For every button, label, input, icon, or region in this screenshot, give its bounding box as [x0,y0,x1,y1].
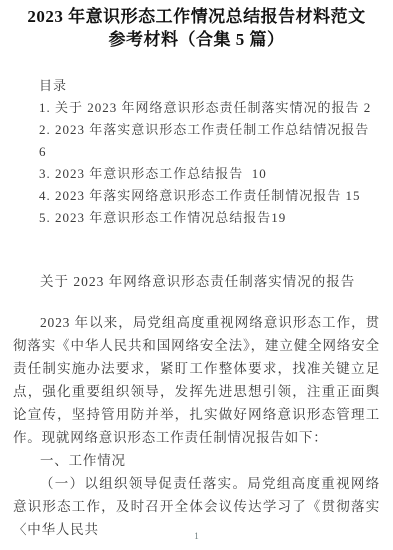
page-footer: 1 [0,526,393,544]
document-title: 2023 年意识形态工作情况总结报告材料范文 参考材料（合集 5 篇） [0,0,393,51]
toc-item-3: 3. 2023 年意识形态工作总结报告 10 [39,163,380,185]
toc-item-1: 1. 关于 2023 年网络意识形态责任制落实情况的报告 2 [39,97,380,119]
document-title-line-1: 2023 年意识形态工作情况总结报告材料范文 [0,5,393,28]
document-title-line-2: 参考材料（合集 5 篇） [0,28,393,51]
document-body: 2023 年以来，局党组高度重视网络意识形态工作，贯彻落实《中华人民共和国网络安… [13,311,380,541]
section-heading: 关于 2023 年网络意识形态责任制落实情况的报告 [13,270,380,293]
toc-item-2: 2. 2023 年落实意识形态工作责任制工作总结情况报告 6 [39,119,380,163]
page-number: 1 [194,531,199,541]
paragraph-subheading: 一、工作情况 [13,449,380,472]
table-of-contents: 目录 1. 关于 2023 年网络意识形态责任制落实情况的报告 2 2. 202… [39,75,380,229]
toc-heading: 目录 [39,75,380,97]
toc-item-4: 4. 2023 年落实网络意识形态工作责任制情况报告 15 [39,185,380,207]
document-page: 2023 年意识形态工作情况总结报告材料范文 参考材料（合集 5 篇） 目录 1… [0,0,393,550]
paragraph-intro: 2023 年以来，局党组高度重视网络意识形态工作，贯彻落实《中华人民共和国网络安… [13,311,380,449]
toc-item-5: 5. 2023 年意识形态工作情况总结报告19 [39,207,380,229]
